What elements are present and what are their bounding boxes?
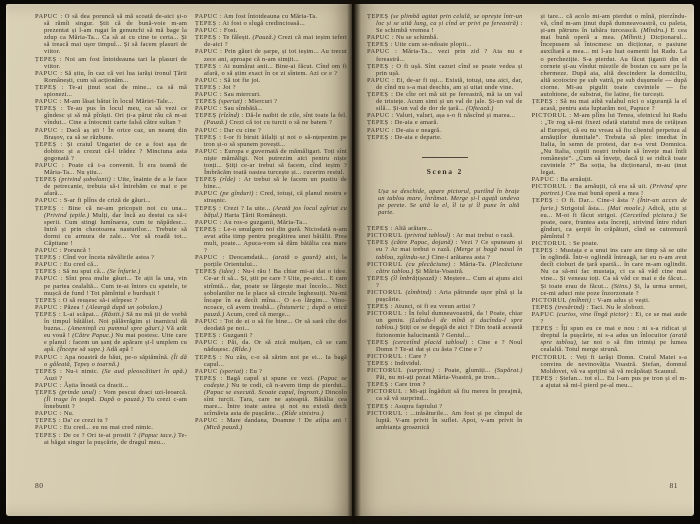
dialogue-line: PAPUC : Sau miercuri. — [195, 91, 347, 98]
dialogue-line: ȚEPEȘ : Te fălești. (Pauză.) Crezi că ma… — [195, 34, 347, 48]
dialogue-line: ȚEPEȘ : Să nu spui că... (Se înfurie.) — [35, 268, 187, 275]
stage-direction: Ușa se deschide, apare pictorul, purtînd… — [367, 188, 523, 216]
dialogue-line: ȚEPEȘ (speriat) : Miercuri ? — [195, 98, 347, 105]
dialogue-line: ȚEPEȘ : O să reușesc să-i stîrpesc ? — [35, 297, 187, 304]
right-page-columns: ȚEPEȘ (se plimbă agitat prin celulă, se … — [354, 4, 694, 477]
dialogue-line: ȚEPEȘ : Le-o smulgem noi din gură. Nicio… — [195, 226, 347, 254]
dialogue-line: PAPUC : Am fost întotdeauna cu Măria-Ta. — [195, 13, 347, 20]
dialogue-line: PAPUC : Poate că i-a convenit. Îi era te… — [35, 162, 187, 176]
dialogue-line: PAPUC : Păzea ! (Aleargă după un șobolan… — [35, 304, 187, 311]
scene-heading: Scena 2 — [367, 168, 523, 175]
right-page: ȚEPEȘ (se plimbă agitat prin celulă, se … — [354, 4, 694, 516]
dialogue-line: ȚEPEȘ : Îți spun eu ce mai e nou : ni s-… — [532, 325, 688, 353]
dialogue-line: PAPUC : Eu cred că... — [35, 261, 187, 268]
dialogue-line: ȚEPEȘ : Individul. — [367, 360, 523, 367]
dialogue-line: PICTORUL (cu plecăciune) : Măria-Ta. (Pl… — [367, 261, 523, 275]
dialogue-line: PAPUC : Mare dandana, Doamne ! De atîția… — [195, 417, 347, 431]
dialogue-line: ȚEPEȘ : Care tron ? — [367, 381, 523, 388]
dialogue-line: ȚEPEȘ : Altă arătare... — [367, 225, 523, 232]
dialogue-line: PAPUC : Au ros-o guzganii, Măria-Ta... — [195, 219, 347, 226]
dialogue-line: ȚEPEȘ : Te-au pus în locul meu, ca să ve… — [35, 105, 187, 126]
dialogue-line: ȚEPEȘ (tresărind) : Taci. Nu le slobozi. — [532, 304, 688, 311]
dialogue-line: PAPUC : Dacă aș ști ! În orice caz, un n… — [35, 127, 187, 141]
dialogue-line: ȚEPEȘ (privind șobolanii) : Uite, înaint… — [35, 176, 187, 197]
dialogue-line: ȚEPEȘ : Ai fost o slugă credincioasă... — [195, 20, 347, 27]
scene-divider-rule — [422, 157, 468, 158]
dialogue-line: ȚEPEȘ : De ce ? Ori te-ai prostit ? (Pap… — [35, 432, 187, 446]
dialogue-line: PAPUC : Sînt prea multe găuri... Te ații… — [35, 275, 187, 296]
dialogue-line: PAPUC : Eu cred... eu nu mai cred nimic. — [35, 424, 187, 431]
dialogue-line: ȚEPEȘ (către Papuc, dojană) : Vezi ? Ce … — [367, 239, 523, 260]
right-page-column-1: ȚEPEȘ (se plimbă agitat prin celulă, se … — [367, 13, 523, 477]
dialogue-line: PAPUC : Măria-Ta... vezi prin zid ? Aia … — [367, 48, 523, 62]
dialogue-line: ȚEPEȘ : Uite cum se-ndoaie plopii... — [367, 41, 523, 48]
dialogue-line: PAPUC : Dar cu cine ? — [195, 127, 347, 134]
page-number-left: 80 — [35, 481, 44, 490]
dialogue-line: PAPUC : Poruncă ! — [35, 247, 187, 254]
dialogue-line: PAPUC (speriat) : Eu ? — [195, 368, 347, 375]
dialogue-line: ȚEPEȘ (îl îmbrățișează) : Meștere... Cum… — [367, 275, 523, 289]
dialogue-line: PAPUC : Nu. — [35, 410, 187, 417]
dialogue-line: PAPUC : Ăștia înoată ca dracii... — [35, 382, 187, 389]
dialogue-line: ȚEPEȘ : Mustața e a unui ins care are ti… — [532, 247, 688, 297]
dialogue-line: ȚEPEȘ : Nu zău, c-o să sărim noi pe ei..… — [195, 354, 347, 368]
dialogue-line: ȚEPEȘ : Te-ai ținut scai de mine... ca s… — [35, 84, 187, 98]
dialogue-line: PICTORUL (zîmbind) : Arta pătrunde ușor … — [367, 289, 523, 303]
dialogue-line: PAPUC : Tot de ei o să fie bine... Or să… — [195, 318, 347, 332]
dialogue-line: PAPUC : Prin găuri de șarpe, și tot ieși… — [195, 48, 347, 62]
dialogue-line: PAPUC : Ba arnăuții. — [532, 176, 688, 183]
dialogue-line: PAPUC : O să dea poruncă să mă scoată de… — [35, 13, 187, 56]
dialogue-line: ȚEPEȘ (se plimbă agitat prin celulă, se … — [367, 13, 523, 34]
dialogue-line: ȚEPEȘ : Asupra faptului ? — [367, 403, 523, 410]
dialogue-line: PICTORUL : M-am plîns lui Tenea, sfetnic… — [532, 112, 688, 176]
dialogue-line: ȚEPEȘ : De-aia e departe. — [367, 134, 523, 141]
dialogue-line: ȚEPEȘ (rîde) : Ar trebui să le facem un … — [195, 176, 347, 190]
dialogue-line: PICTORUL : Mi-ați îngăduit să fiu mereu … — [367, 388, 523, 402]
dialogue-line: PAPUC : Apa noastră de băut, pe-o săptăm… — [35, 354, 187, 368]
right-page-column-2: și tare... că acolo mi-am pierdut o mînă… — [532, 13, 688, 477]
book-spread-photo: PAPUC : O să dea poruncă să mă scoată de… — [0, 0, 700, 524]
page-number-right: 81 — [670, 481, 679, 490]
dialogue-line: ȚEPEȘ : Cînd vor înceta năvălirile astea… — [35, 254, 187, 261]
dialogue-line: ȚEPEȘ : Nu-i nimic. (Se aud pleoscăituri… — [35, 368, 187, 382]
dialogue-line: ȚEPEȘ : De cîte ori mă uit pe fereastră,… — [367, 91, 523, 112]
dialogue-line: ȚEPEȘ : De-aia e amară. — [367, 119, 523, 126]
dialogue-line: ȚEPEȘ (prinde unul) : Vom pescui draci u… — [35, 389, 187, 410]
dialogue-line: ȚEPEȘ : Bagă capul și spune ce vezi. (Pa… — [195, 375, 347, 418]
dialogue-line: ȚEPEȘ : O fi ușă. Sînt cazuri cînd se po… — [367, 63, 523, 77]
dialogue-line: PAPUC : Sau sîmbătă... — [195, 105, 347, 112]
dialogue-line: ȚEPEȘ : Bine că ne-am pricopsit noi cu u… — [35, 205, 187, 248]
dialogue-line: PAPUC : De-aia e neagră. — [367, 127, 523, 134]
left-page-column-1: PAPUC : O să dea poruncă să mă scoată de… — [35, 13, 187, 477]
dialogue-line: PAPUC : Valuri, valuri, așa s-o fi născî… — [367, 112, 523, 119]
dialogue-line: PAPUC : Păi, da. Or să zică mulțam, că s… — [195, 339, 347, 353]
dialogue-line: PAPUC : Nu se schimbă. — [367, 34, 523, 41]
dialogue-line: PAPUC (pe gînduri) : Cred, totuși, că pl… — [195, 190, 347, 204]
dialogue-line: ȚEPEȘ (rîzînd) : Dă-le naibii de zile, s… — [195, 112, 347, 126]
dialogue-line: PICTORUL : În felul dumneavoastră, da ! … — [367, 310, 523, 338]
dialogue-line: ȚEPEȘ : Noi am fost întotdeauna tari la … — [35, 56, 187, 70]
dialogue-line: ȚEPEȘ (idee) : Nu-i rău ! Ba chiar mi-ai… — [195, 268, 347, 318]
dialogue-line: ȚEPEȘ : I-or fi biruit ăilalți și noi o … — [195, 134, 347, 148]
dialogue-line: ȚEPEȘ : Da' ce crezi tu ? — [35, 417, 187, 424]
dialogue-line: PAPUC : Să tot fie joi. — [195, 77, 347, 84]
dialogue-line: ȚEPEȘ : Joi ? — [195, 84, 347, 91]
dialogue-line: PICTORUL : Care ? — [367, 353, 523, 360]
dialogue-line: ȚEPEȘ : Și craiul Ungariei de ce a fost … — [35, 141, 187, 162]
dialogue-line: PICTORUL (surprins) : Poate, glumiți... … — [367, 367, 523, 381]
dialogue-line: ȚEPEȘ : L-ai scăpat... (Răstit.) Să nu m… — [35, 311, 187, 354]
dialogue-line: PAPUC : Europa e guvernată de mămăligari… — [195, 148, 347, 176]
dialogue-line: PAPUC : Fost. — [195, 27, 347, 34]
dialogue-line: PAPUC : S-ar fi plîns de criză de găuri.… — [35, 197, 187, 204]
dialogue-line: PICTORUL (privind tabloul) : Ar mai treb… — [367, 232, 523, 239]
dialogue-line: PICTORUL : ...trăsăturile... Am fost și … — [367, 410, 523, 431]
dialogue-line: ȚEPEȘ : Ștefan... tot el... Eu l-am pus … — [532, 375, 688, 389]
dialogue-line: PAPUC : M-am lăsat bătut în locul Măriei… — [35, 98, 187, 105]
left-page-column-2: PAPUC : Am fost întotdeauna cu Măria-Ta.… — [195, 13, 347, 477]
dialogue-line: ȚEPEȘ : Crezi ? Ia uite... (Arată jos lo… — [195, 205, 347, 219]
dialogue-line: PAPUC (curios, vine lîngă pictor) : Ei, … — [532, 311, 688, 325]
left-page: PAPUC : O să dea poruncă să mă scoată de… — [6, 4, 352, 516]
left-page-columns: PAPUC : O să dea poruncă să mă scoată de… — [6, 4, 352, 477]
dialogue-line: PICTORUL : Ba arnăuții, că era să uit. (… — [532, 183, 688, 197]
dialogue-line: ȚEPEȘ (cercetînd placid tabloul) : Cine … — [367, 339, 523, 353]
dialogue-line: ȚEPEȘ : Să nu mai aibă valahul nici o si… — [532, 98, 688, 112]
dialogue-line: PAPUC : Să știu, în caz că vei lua iarăș… — [35, 70, 187, 84]
dialogue-line: și tare... că acolo mi-am pierdut o mînă… — [532, 13, 688, 98]
dialogue-line: PAPUC : Deocamdată... (arată o gaură) ai… — [195, 254, 347, 268]
dialogue-line: ȚEPEȘ : O fi. Dar... Cine-i ăsta ? (Într… — [532, 197, 688, 240]
dialogue-line: PICTORUL : Se poate. — [532, 240, 688, 247]
dialogue-line: PICTORUL (mîhnit) : V-am adus și vești. — [532, 297, 688, 304]
dialogue-line: PICTORUL : Veți fi iarăși Domn. Craiul M… — [532, 354, 688, 375]
dialogue-line: ȚEPEȘ : Ai numărat anii... Bine-ai făcut… — [195, 63, 347, 77]
dialogue-line: PAPUC : Ei, de-ar fi uși... Există, totu… — [367, 77, 523, 91]
dialogue-line: ȚEPEȘ : Guzganii ? — [195, 332, 347, 339]
